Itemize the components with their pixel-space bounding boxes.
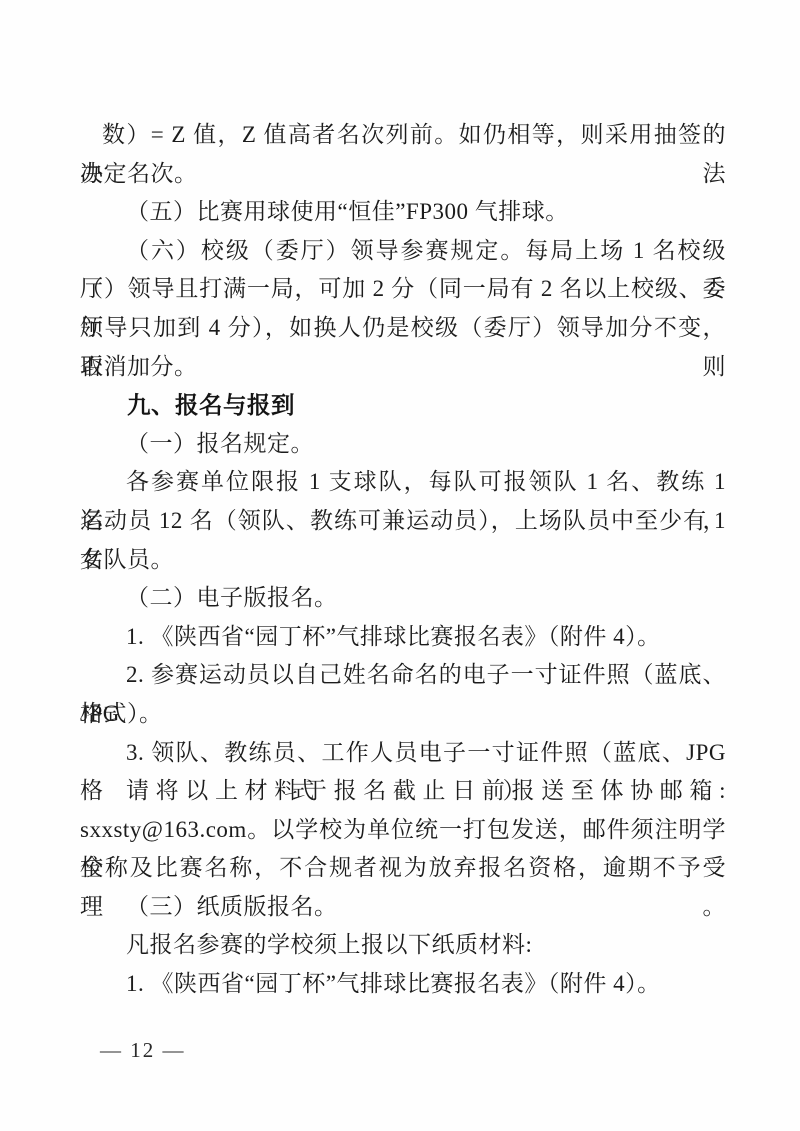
text-line: （一）报名规定。 xyxy=(80,425,726,464)
document-body: 数）= Z 值，Z 值高者名次列前。如仍相等，则采用抽签的办法决定名次。（五）比… xyxy=(80,116,726,1004)
text-line: 1. 《陕西省“园丁杯”气排球比赛报名表》（附件 4）。 xyxy=(80,965,726,1004)
text-line: （二）电子版报名。 xyxy=(80,579,726,618)
text-line: 全称及比赛名称，不合规者视为放弃报名资格，逾期不予受理。 xyxy=(80,849,726,888)
text-line: 凡报名参赛的学校须上报以下纸质材料: xyxy=(80,926,726,965)
text-line: sxxsty@163.com。以学校为单位统一打包发送，邮件须注明学校 xyxy=(80,811,726,850)
text-line: 女队员。 xyxy=(80,541,726,580)
text-line: 厅）领导且打满一局，可加 2 分（同一局有 2 名以上校级、委厅 xyxy=(80,270,726,309)
text-line: 1. 《陕西省“园丁杯”气排球比赛报名表》（附件 4）。 xyxy=(80,618,726,657)
text-line: 2. 参赛运动员以自己姓名命名的电子一寸证件照（蓝底、JPG xyxy=(80,656,726,695)
page-number: — 12 — xyxy=(100,1038,186,1063)
text-line: 运动员 12 名（领队、教练可兼运动员），上场队员中至少有 1 名 xyxy=(80,502,726,541)
text-line: 九、报名与报到 xyxy=(80,386,726,425)
text-line: 3. 领队、教练员、工作人员电子一寸证件照（蓝底、JPG 格式）。 xyxy=(80,734,726,773)
text-line: 领导只加到 4 分），如换人仍是校级（委厅）领导加分不变，否则 xyxy=(80,309,726,348)
text-line: （五）比赛用球使用“恒佳”FP300 气排球。 xyxy=(80,193,726,232)
document-page: 数）= Z 值，Z 值高者名次列前。如仍相等，则采用抽签的办法决定名次。（五）比… xyxy=(0,0,800,1131)
text-line: 数）= Z 值，Z 值高者名次列前。如仍相等，则采用抽签的办法 xyxy=(80,116,726,155)
text-line: 各参赛单位限报 1 支球队，每队可报领队 1 名、教练 1 名， xyxy=(80,463,726,502)
text-line: 格式）。 xyxy=(80,695,726,734)
text-line: （六）校级（委厅）领导参赛规定。每局上场 1 名校级（委 xyxy=(80,232,726,271)
text-line: 请将以上材料于报名截止日前报送至体协邮箱: xyxy=(80,772,726,811)
